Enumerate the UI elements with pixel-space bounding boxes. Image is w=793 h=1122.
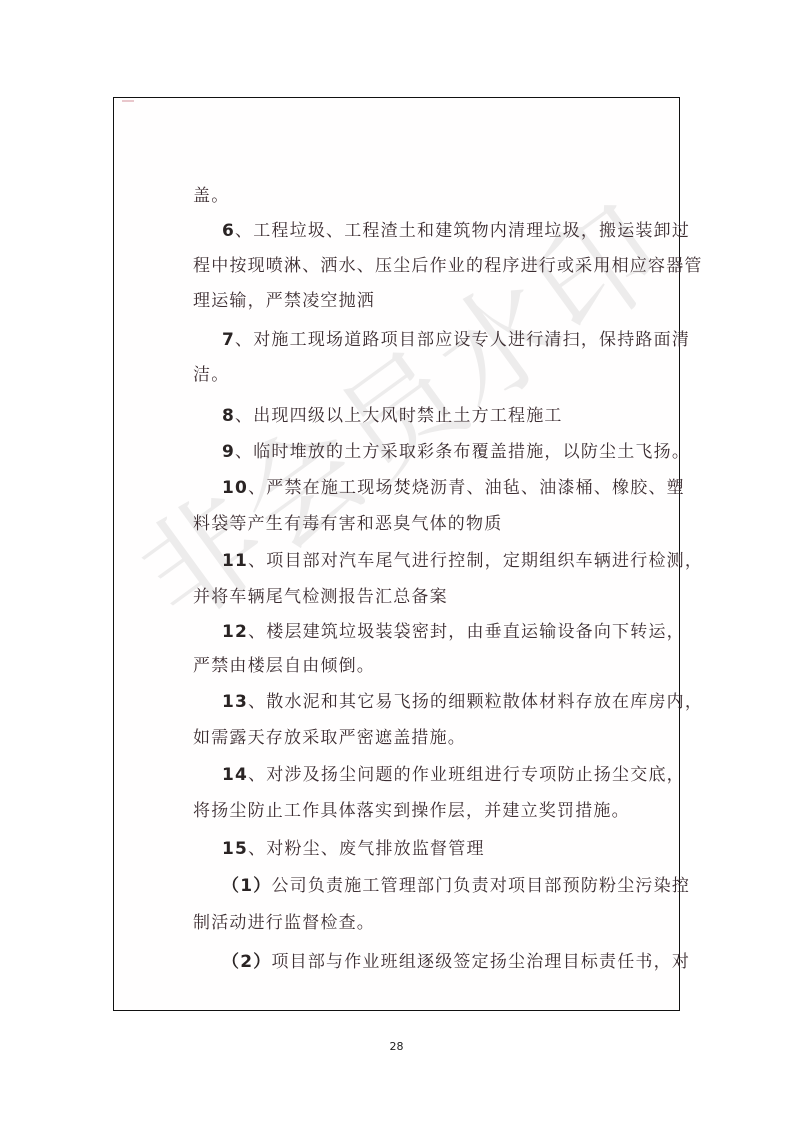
item-number: 14 bbox=[222, 765, 248, 785]
page-number: 28 bbox=[0, 1040, 793, 1053]
line-text: 、临时堆放的土方采取彩条布覆盖措施，以防尘土飞扬。 bbox=[235, 442, 690, 462]
line-text: 、对施工现场道路项目部应设专人进行清扫，保持路面清 bbox=[235, 330, 690, 350]
text-line: 9、临时堆放的土方采取彩条布覆盖措施，以防尘土飞扬。 bbox=[222, 440, 585, 464]
text-line: （2）项目部与作业班组逐级签定扬尘治理目标责任书，对 bbox=[222, 950, 585, 974]
line-text: 、工程垃圾、工程渣土和建筑物内清理垃圾，搬运装卸过 bbox=[235, 221, 690, 241]
line-text: 将扬尘防止工作具体落实到操作层，并建立奖罚措施。 bbox=[193, 801, 630, 821]
line-text: 、对涉及扬尘问题的作业班组进行专项防止扬尘交底， bbox=[248, 765, 685, 785]
line-text: 、散水泥和其它易飞扬的细颗粒散体材料存放在库房内， bbox=[248, 692, 703, 712]
item-number: 10 bbox=[222, 478, 248, 498]
line-text: 、严禁在施工现场焚烧沥青、油毡、油漆桶、橡胶、塑 bbox=[248, 478, 685, 498]
item-number: 12 bbox=[222, 622, 248, 642]
line-text: 严禁由楼层自由倾倒。 bbox=[193, 656, 375, 676]
item-number: 8 bbox=[222, 406, 235, 426]
text-line: 严禁由楼层自由倾倒。 bbox=[193, 654, 585, 678]
text-line: （1）公司负责施工管理部门负责对项目部预防粉尘污染控 bbox=[222, 874, 585, 898]
line-text: 、出现四级以上大风时禁止土方工程施工 bbox=[235, 406, 563, 426]
item-number: 7 bbox=[222, 330, 235, 350]
line-text: 项目部与作业班组逐级签定扬尘治理目标责任书，对 bbox=[271, 952, 690, 972]
line-text: 并将车辆尾气检测报告汇总备案 bbox=[193, 587, 448, 607]
text-line: 6、工程垃圾、工程渣土和建筑物内清理垃圾，搬运装卸过 bbox=[222, 219, 585, 243]
text-line: 12、楼层建筑垃圾装袋密封，由垂直运输设备向下转运， bbox=[222, 620, 585, 644]
line-text: 料袋等产生有毒有害和恶臭气体的物质 bbox=[193, 514, 502, 534]
line-text: 程中按现喷淋、洒水、压尘后作业的程序进行或采用相应容器管 bbox=[193, 256, 703, 276]
line-text: 如需露天存放采取严密遮盖措施。 bbox=[193, 728, 466, 748]
text-line: 将扬尘防止工作具体落实到操作层，并建立奖罚措施。 bbox=[193, 799, 585, 823]
text-line: 13、散水泥和其它易飞扬的细颗粒散体材料存放在库房内， bbox=[222, 690, 585, 714]
text-line: 14、对涉及扬尘问题的作业班组进行专项防止扬尘交底， bbox=[222, 763, 585, 787]
line-text: 、楼层建筑垃圾装袋密封，由垂直运输设备向下转运， bbox=[248, 622, 685, 642]
line-text: 制活动进行监督检查。 bbox=[193, 913, 375, 933]
text-line: 并将车辆尾气检测报告汇总备案 bbox=[193, 585, 585, 609]
item-number: 15 bbox=[222, 839, 248, 859]
text-line: 程中按现喷淋、洒水、压尘后作业的程序进行或采用相应容器管 bbox=[193, 254, 585, 278]
text-line: 15、对粉尘、废气排放监督管理 bbox=[222, 837, 585, 861]
line-text: 理运输，严禁凌空抛洒 bbox=[193, 291, 375, 311]
line-text: 公司负责施工管理部门负责对项目部预防粉尘污染控 bbox=[271, 876, 690, 896]
text-line: 10、严禁在施工现场焚烧沥青、油毡、油漆桶、橡胶、塑 bbox=[222, 476, 585, 500]
text-line: 如需露天存放采取严密遮盖措施。 bbox=[193, 726, 585, 750]
text-line: 理运输，严禁凌空抛洒 bbox=[193, 289, 585, 313]
item-number: 6 bbox=[222, 221, 235, 241]
item-number: 11 bbox=[222, 551, 248, 571]
text-line: 11、项目部对汽车尾气进行控制，定期组织车辆进行检测， bbox=[222, 549, 585, 573]
item-number: 9 bbox=[222, 442, 235, 462]
text-line: 制活动进行监督检查。 bbox=[193, 911, 585, 935]
scan-artifact bbox=[122, 100, 134, 102]
line-text: 、对粉尘、废气排放监督管理 bbox=[248, 839, 485, 859]
line-text: 洁。 bbox=[193, 365, 229, 385]
text-line: 料袋等产生有毒有害和恶臭气体的物质 bbox=[193, 512, 585, 536]
text-line: 7、对施工现场道路项目部应设专人进行清扫，保持路面清 bbox=[222, 328, 585, 352]
text-line: 盖。 bbox=[193, 184, 585, 208]
item-number: 13 bbox=[222, 692, 248, 712]
item-number: （2） bbox=[222, 952, 271, 972]
text-line: 8、出现四级以上大风时禁止土方工程施工 bbox=[222, 404, 585, 428]
text-line: 洁。 bbox=[193, 363, 585, 387]
line-text: 、项目部对汽车尾气进行控制，定期组织车辆进行检测， bbox=[248, 551, 703, 571]
line-text: 盖。 bbox=[193, 186, 229, 206]
item-number: （1） bbox=[222, 876, 271, 896]
